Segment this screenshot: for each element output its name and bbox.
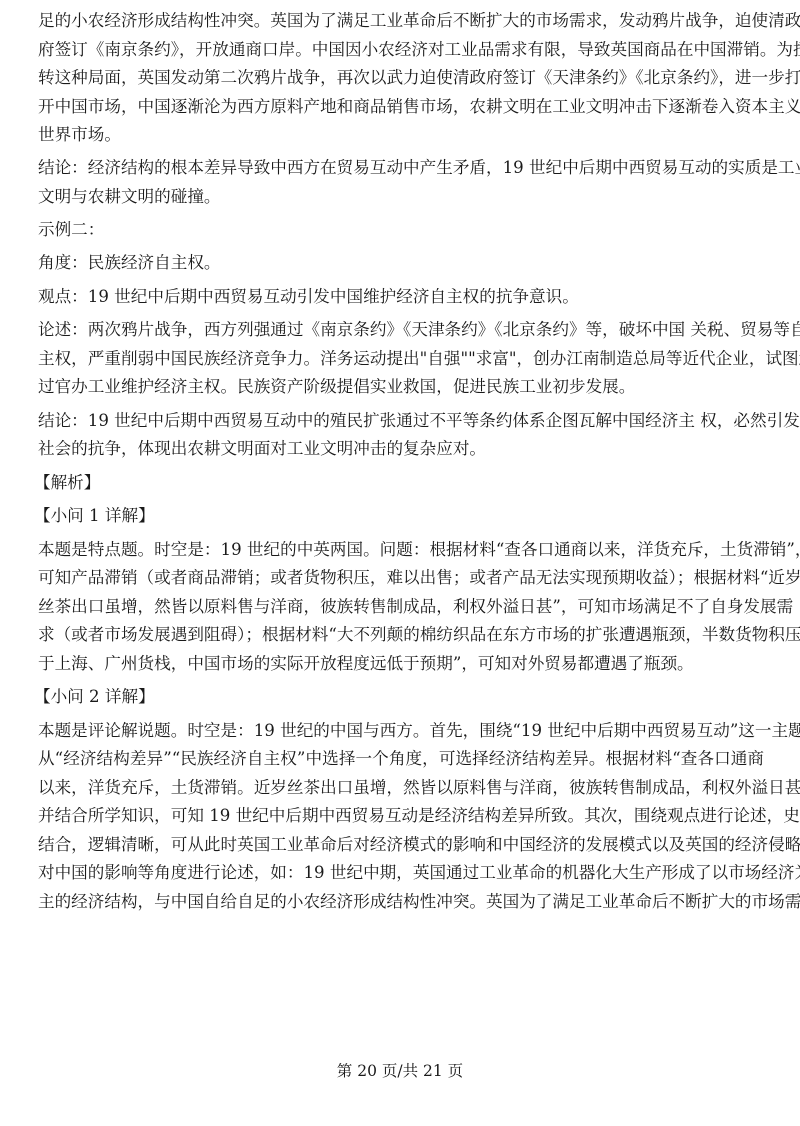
analysis-heading: 【解析】 <box>34 470 760 496</box>
conclusion-line: 结论：19 世纪中后期中西贸易互动中的殖民扩张通过不平等条约体系企图瓦解中国经济… <box>38 408 764 434</box>
conclusion-line: 社会的抗争，体现出农耕文明面对工业文明冲击的复杂应对。 <box>38 436 764 462</box>
argument-line: 主权，严重削弱中国民族经济竞争力。洋务运动提出"自强""求富"，创办江南制造总局… <box>38 346 764 372</box>
body-line: 可知产品滞销（或者商品滞销；或者货物积压，难以出售；或者产品无法实现预期收益）；… <box>38 565 764 591</box>
conclusion-line: 文明与农耕文明的碰撞。 <box>38 184 764 210</box>
argument-line: 过官办工业维护经济主权。民族资产阶级提倡实业救国，促进民族工业初步发展。 <box>38 374 764 400</box>
body-line: 从“经济结构差异”“民族经济自主权”中选择一个角度，可选择经济结构差异。根据材料… <box>38 746 764 772</box>
body-line: 本题是评论解说题。时空是：19 世纪的中国与西方。首先，围绕“19 世纪中后期中… <box>38 718 764 744</box>
page-number-footer: 第 20 页/共 21 页 <box>0 1059 800 1083</box>
conclusion-line: 结论：经济结构的根本差异导致中西方在贸易互动中产生矛盾，19 世纪中后期中西贸易… <box>38 155 764 181</box>
body-line: 结合，逻辑清晰，可从此时英国工业革命后对经济模式的影响和中国经济的发展模式以及英… <box>38 832 764 858</box>
body-line: 以来，洋货充斥，土货滞销。近岁丝茶出口虽增，然皆以原料售与洋商，彼族转售制成品，… <box>38 775 764 801</box>
body-line: 丝茶出口虽增，然皆以原料售与洋商，彼族转售制成品，利权外溢日甚”，可知市场满足不… <box>38 594 764 620</box>
body-line: 转这种局面，英国发动第二次鸦片战争，再次以武力迫使清政府签订《天津条约》《北京条… <box>38 65 764 91</box>
body-line: 本题是特点题。时空是：19 世纪的中英两国。问题：根据材料“查各口通商以来，洋货… <box>38 537 764 563</box>
body-line: 开中国市场，中国逐渐沦为西方原料产地和商品销售市场，农耕文明在工业文明冲击下逐渐… <box>38 94 764 120</box>
body-line: 足的小农经济形成结构性冲突。英国为了满足工业革命后不断扩大的市场需求，发动鸦片战… <box>38 8 764 34</box>
subquestion-1-heading: 【小问 1 详解】 <box>34 503 760 529</box>
body-line: 并结合所学知识，可知 19 世纪中后期中西贸易互动是经济结构差异所致。其次，围绕… <box>38 803 764 829</box>
body-line: 对中国的影响等角度进行论述，如：19 世纪中期，英国通过工业革命的机器化大生产形… <box>38 860 764 886</box>
angle-line: 角度：民族经济自主权。 <box>38 250 764 276</box>
viewpoint-line: 观点：19 世纪中后期中西贸易互动引发中国维护经济自主权的抗争意识。 <box>38 284 764 310</box>
argument-line: 论述：两次鸦片战争，西方列强通过《南京条约》《天津条约》《北京条约》等，破坏中国… <box>38 317 764 343</box>
body-line: 世界市场。 <box>38 122 764 148</box>
body-line: 于上海、广州货栈，中国市场的实际开放程度远低于预期”，可知对外贸易都遭遇了瓶颈。 <box>38 651 764 677</box>
example-label: 示例二： <box>38 217 764 243</box>
body-line: 求（或者市场发展遇到阻碍）；根据材料“大不列颠的棉纺织品在东方市场的扩张遭遇瓶颈… <box>38 622 764 648</box>
body-line: 主的经济结构，与中国自给自足的小农经济形成结构性冲突。英国为了满足工业革命后不断… <box>38 889 764 915</box>
subquestion-2-heading: 【小问 2 详解】 <box>34 684 760 710</box>
body-line: 府签订《南京条约》，开放通商口岸。中国因小农经济对工业品需求有限，导致英国商品在… <box>38 37 764 63</box>
